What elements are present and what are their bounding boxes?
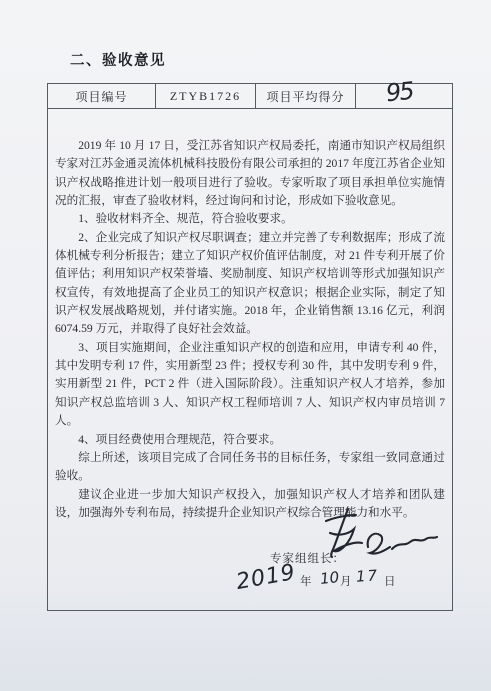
date-month-handwritten: 10 xyxy=(319,568,340,588)
average-score-handwritten-value: 95 xyxy=(385,77,414,108)
date-month-unit: 月 xyxy=(340,573,352,589)
signature-date: 2019 年 10 月 17 日 xyxy=(236,557,446,603)
date-year-handwritten: 2019 xyxy=(234,560,297,595)
average-score-cell: 95 xyxy=(356,84,453,109)
project-number-label: 项目编号 xyxy=(48,84,156,109)
opinion-paragraph: 综上所述，该项目完成了合同任务书的目标任务，专家组一致同意通过验收。 xyxy=(55,449,445,486)
opinion-paragraph: 4、项目经费使用合理规范，符合要求。 xyxy=(55,431,445,449)
average-score-label: 项目平均得分 xyxy=(256,84,356,109)
scanned-page: 二、验收意见 项目编号 ZTYB1726 项目平均得分 95 2019 年 10… xyxy=(0,0,491,691)
opinion-paragraph: 2019 年 10 月 17 日，受江苏省知识产权局委托，南通市知识产权局组织专… xyxy=(55,137,445,210)
opinion-paragraph: 2、企业完成了知识产权尽职调查；建立并完善了专利数据库；形成了流体机械专利分析报… xyxy=(55,229,445,339)
opinion-paragraph: 1、验收材料齐全、规范，符合验收要求。 xyxy=(55,210,445,228)
table-header-row: 项目编号 ZTYB1726 项目平均得分 95 xyxy=(48,84,453,109)
date-day-handwritten: 17 xyxy=(355,566,379,586)
opinion-cell: 2019 年 10 月 17 日，受江苏省知识产权局委托，南通市知识产权局组织专… xyxy=(48,109,453,611)
section-title: 二、验收意见 xyxy=(70,49,166,70)
date-year-unit: 年 xyxy=(300,573,312,589)
opinion-paragraph: 3、项目实施期间，企业注重知识产权的创造和应用，申请专利 40 件，其中发明专利… xyxy=(55,339,445,431)
table-body-row: 2019 年 10 月 17 日，受江苏省知识产权局委托，南通市知识产权局组织专… xyxy=(48,109,453,611)
acceptance-table: 项目编号 ZTYB1726 项目平均得分 95 2019 年 10 月 17 日… xyxy=(47,83,453,611)
date-day-unit: 日 xyxy=(384,573,396,589)
project-number-value: ZTYB1726 xyxy=(156,84,256,109)
